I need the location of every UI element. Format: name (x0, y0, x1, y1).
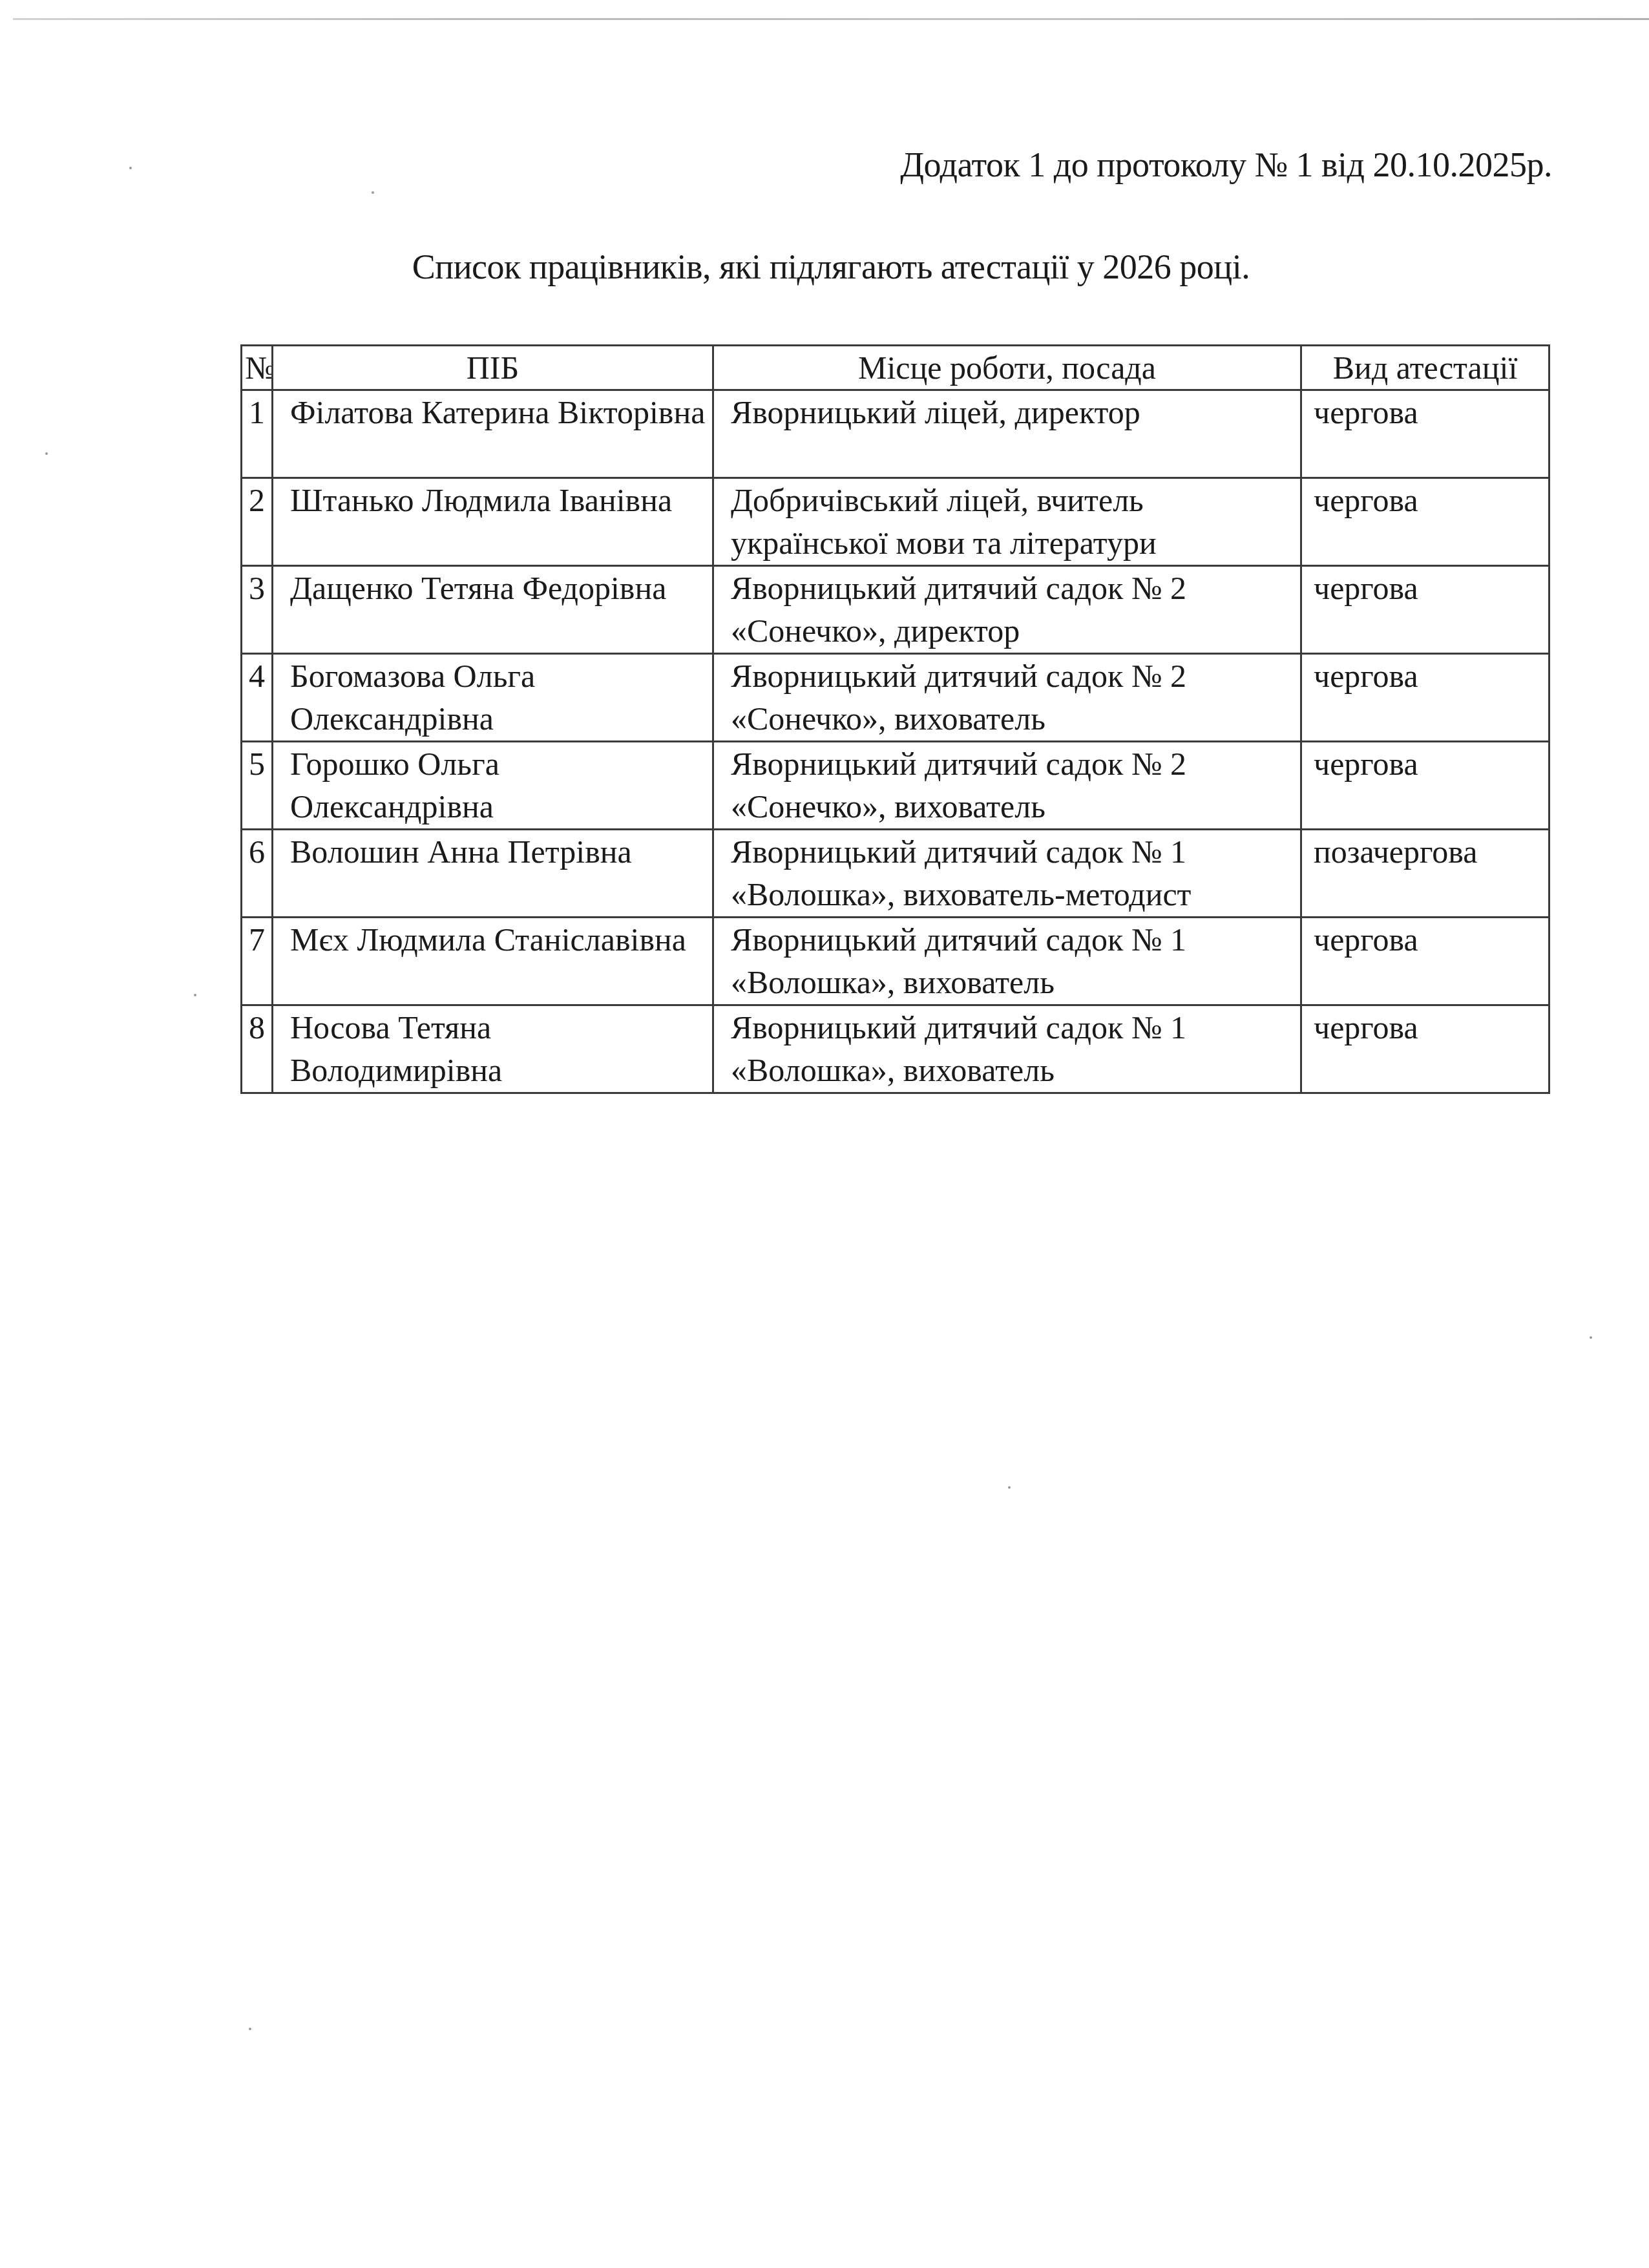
table-row: 3 Дащенко Тетяна Федорівна Яворницький д… (242, 566, 1549, 654)
row-name: Штанько Людмила Іванівна (273, 478, 713, 566)
row-place: Яворницький дитячий садок № 1 «Волошка»,… (713, 1005, 1301, 1093)
row-attestation: чергова (1301, 1005, 1549, 1093)
row-attestation: чергова (1301, 390, 1549, 478)
table-row: 1 Філатова Катерина Вікторівна Яворницьк… (242, 390, 1549, 478)
row-place: Яворницький дитячий садок № 2 «Сонечко»,… (713, 654, 1301, 742)
row-name: Філатова Катерина Вікторівна (273, 390, 713, 478)
header-name: ПІБ (273, 346, 713, 390)
row-place: Яворницький дитячий садок № 2 «Сонечко»,… (713, 742, 1301, 830)
row-number: 8 (242, 1005, 273, 1093)
row-place: Добричівський ліцей, вчитель української… (713, 478, 1301, 566)
scan-speck (249, 2028, 251, 2030)
row-name: Горошко Ольга Олександрівна (273, 742, 713, 830)
row-number: 2 (242, 478, 273, 566)
row-attestation: чергова (1301, 654, 1549, 742)
table-row: 5 Горошко Ольга Олександрівна Яворницьки… (242, 742, 1549, 830)
attestation-table: № ПІБ Місце роботи, посада Вид атестації… (240, 344, 1550, 1094)
row-place: Яворницький дитячий садок № 1 «Волошка»,… (713, 830, 1301, 918)
scan-speck (45, 452, 48, 455)
table-row: 2 Штанько Людмила Іванівна Добричівський… (242, 478, 1549, 566)
row-name: Волошин Анна Петрівна (273, 830, 713, 918)
scan-speck (372, 191, 374, 194)
row-number: 6 (242, 830, 273, 918)
scan-speck (129, 167, 132, 169)
table-header-row: № ПІБ Місце роботи, посада Вид атестації (242, 346, 1549, 390)
row-name: Носова Тетяна Володимирівна (273, 1005, 713, 1093)
row-name: Мєх Людмила Станіславівна (273, 918, 713, 1005)
appendix-reference: Додаток 1 до протоколу № 1 від 20.10.202… (900, 147, 1552, 182)
row-attestation: чергова (1301, 478, 1549, 566)
header-number: № (242, 346, 273, 390)
row-attestation: позачергова (1301, 830, 1549, 918)
row-number: 5 (242, 742, 273, 830)
row-number: 4 (242, 654, 273, 742)
document-title: Список працівників, які підлягають атест… (0, 249, 1649, 284)
row-number: 7 (242, 918, 273, 1005)
scan-edge-line (13, 18, 1649, 20)
row-place: Яворницький дитячий садок № 1 «Волошка»,… (713, 918, 1301, 1005)
row-number: 3 (242, 566, 273, 654)
table-row: 8 Носова Тетяна Володимирівна Яворницьки… (242, 1005, 1549, 1093)
row-name: Богомазова Ольга Олександрівна (273, 654, 713, 742)
row-attestation: чергова (1301, 918, 1549, 1005)
table-row: 6 Волошин Анна Петрівна Яворницький дитя… (242, 830, 1549, 918)
header-place: Місце роботи, посада (713, 346, 1301, 390)
scan-speck (194, 994, 196, 996)
scan-speck (1008, 1486, 1011, 1489)
table-row: 4 Богомазова Ольга Олександрівна Яворниц… (242, 654, 1549, 742)
scan-speck (1590, 1336, 1592, 1339)
table-row: 7 Мєх Людмила Станіславівна Яворницький … (242, 918, 1549, 1005)
row-place: Яворницький ліцей, директор (713, 390, 1301, 478)
row-attestation: чергова (1301, 566, 1549, 654)
row-name: Дащенко Тетяна Федорівна (273, 566, 713, 654)
row-place: Яворницький дитячий садок № 2 «Сонечко»,… (713, 566, 1301, 654)
row-attestation: чергова (1301, 742, 1549, 830)
header-attestation: Вид атестації (1301, 346, 1549, 390)
row-number: 1 (242, 390, 273, 478)
